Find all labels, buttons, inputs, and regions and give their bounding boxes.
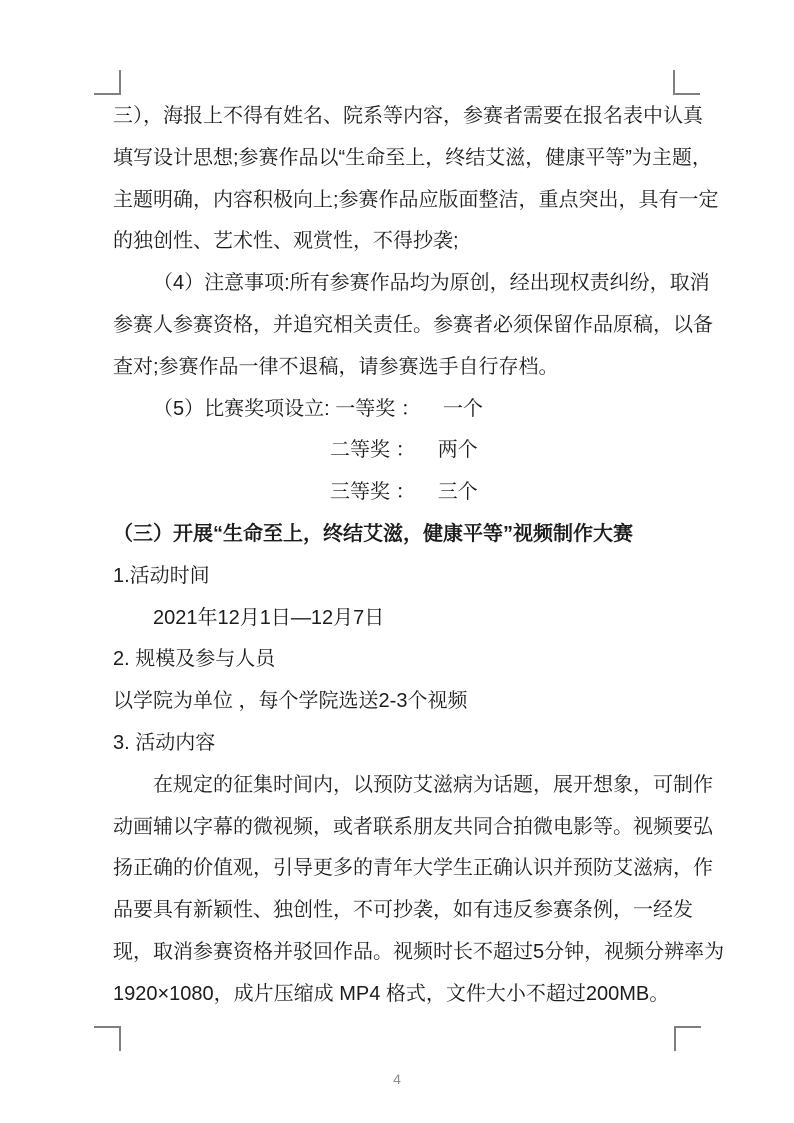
document-page: 三），海报上不得有姓名、院系等内容，参赛者需要在报名表中认真填写设计思想;参赛作… — [0, 0, 794, 1123]
text-line: 二等奖 ： 两个 — [113, 430, 681, 472]
section-heading: （三）开展“生命至上，终结艾滋，健康平等”视频制作大赛 — [113, 514, 681, 556]
text-line: 填写设计思想;参赛作品以“生命至上，终结艾滋，健康平等”为主题， — [113, 138, 681, 180]
text-line: 3. 活动内容 — [113, 723, 681, 765]
margin-crop-mark-top-left — [94, 70, 121, 95]
text-line: 2. 规模及参与人员 — [113, 639, 681, 681]
text-line: 在规定的征集时间内，以预防艾滋病为话题，展开想象，可制作 — [113, 765, 681, 807]
text-line: 品要具有新颖性、独创性，不可抄袭，如有违反参赛条例，一经发 — [113, 890, 681, 932]
text-line: 以学院为单位 ，每个学院选送2-3个视频 — [113, 681, 681, 723]
text-line: 三），海报上不得有姓名、院系等内容，参赛者需要在报名表中认真 — [113, 96, 681, 138]
text-line: 参赛人参赛资格，并追究相关责任。参赛者必须保留作品原稿，以备 — [113, 305, 681, 347]
text-line: 1920×1080，成片压缩成 MP4 格式，文件大小不超过200MB。 — [113, 974, 681, 1016]
text-line: 动画辅以字幕的微视频，或者联系朋友共同合拍微电影等。视频要弘 — [113, 807, 681, 849]
text-line: 查对;参赛作品一律不退稿，请参赛选手自行存档。 — [113, 347, 681, 389]
margin-crop-mark-bottom-right — [674, 1026, 701, 1051]
text-line: 主题明确，内容积极向上;参赛作品应版面整洁，重点突出，具有一定 — [113, 180, 681, 222]
page-number: 4 — [0, 1071, 794, 1087]
text-line: 1.活动时间 — [113, 556, 681, 598]
text-line: 扬正确的价值观，引导更多的青年大学生正确认识并预防艾滋病，作 — [113, 848, 681, 890]
margin-crop-mark-bottom-left — [94, 1026, 121, 1051]
margin-crop-mark-top-right — [673, 70, 700, 95]
text-line: 的独创性、艺术性、观赏性，不得抄袭; — [113, 221, 681, 263]
document-body-text: 三），海报上不得有姓名、院系等内容，参赛者需要在报名表中认真填写设计思想;参赛作… — [113, 96, 681, 1016]
text-line: 现，取消参赛资格并驳回作品。视频时长不超过5分钟，视频分辨率为 — [113, 932, 681, 974]
text-line: 2021年12月1日—12月7日 — [113, 598, 681, 640]
text-line: （5）比赛奖项设立: 一等奖 ： 一个 — [113, 389, 681, 431]
text-line: 三等奖 ： 三个 — [113, 472, 681, 514]
text-line: （4）注意事项:所有参赛作品均为原创，经出现权责纠纷，取消 — [113, 263, 681, 305]
